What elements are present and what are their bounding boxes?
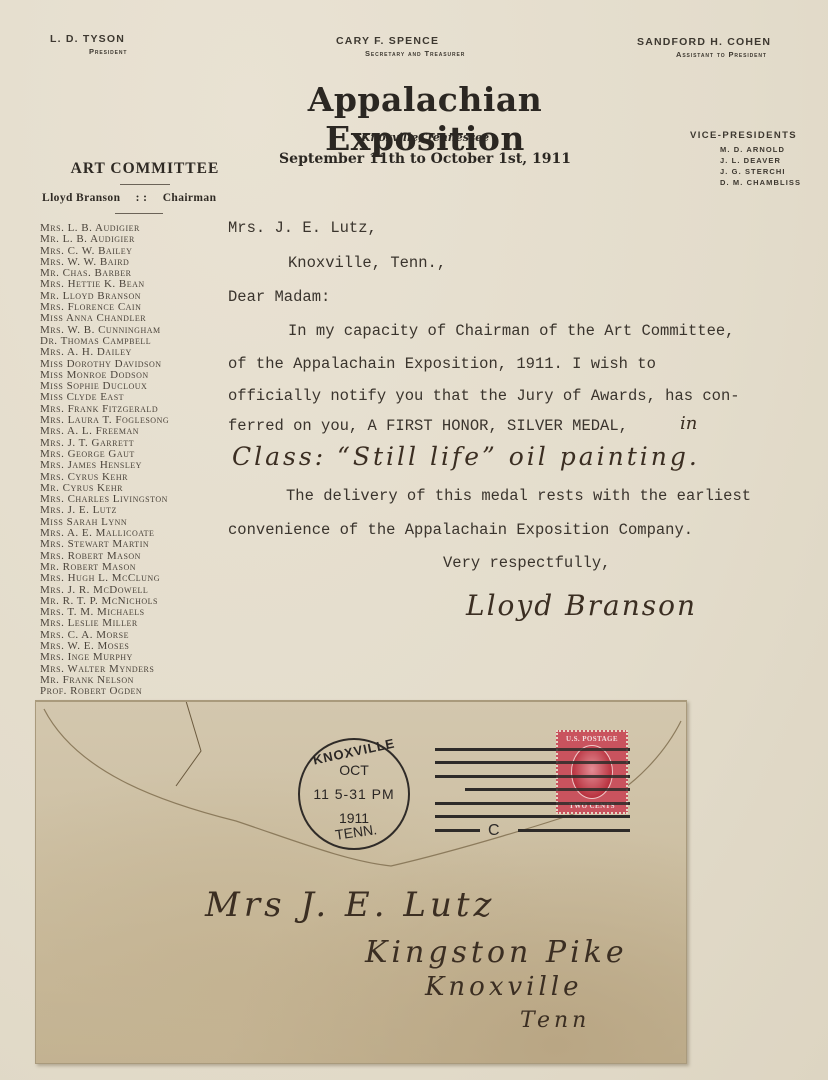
vice-presidents: VICE-PRESIDENTS M. D. ARNOLD J. L. DEAVE… [690, 130, 801, 188]
cancel-line [556, 761, 630, 764]
vice-president: J. L. DEAVER [720, 155, 801, 166]
committee-member: Mrs. Hugh L. McClung [40, 573, 169, 584]
officer-name: CARY F. SPENCE [336, 35, 518, 47]
committee-member: Miss Anna Chandler [40, 313, 169, 324]
cancel-line [435, 815, 630, 818]
letter-closing: Very respectfully, [443, 554, 610, 572]
cancel-line [518, 829, 630, 832]
chairman-title: Chairman [163, 192, 217, 204]
officer-secretary: CARY F. SPENCE Secretary and Treasurer [318, 35, 518, 58]
chairman-name: Lloyd Branson [42, 192, 120, 204]
postmark-time: 11 5-31 PM [300, 786, 408, 802]
exposition-title: Appalachian Exposition [230, 80, 620, 158]
art-committee-heading: ART COMMITTEE [60, 160, 230, 178]
committee-member: Mrs. Inge Murphy [40, 652, 169, 663]
cancel-line [556, 775, 630, 778]
vice-president: J. G. STERCHI [720, 166, 801, 177]
cancel-line [556, 788, 630, 791]
letter-line: convenience of the Appalachain Expositio… [228, 521, 693, 539]
officer-role: Secretary and Treasurer [365, 49, 518, 58]
vice-president: D. M. CHAMBLISS [720, 177, 801, 188]
chairman-separator: : : [136, 192, 148, 204]
postmark-month: OCT [300, 762, 408, 778]
vice-president: M. D. ARNOLD [720, 144, 801, 155]
envelope-address-street: Kingston Pike [365, 935, 628, 970]
cancel-letter: C [488, 822, 500, 840]
officer-name: L. D. TYSON [50, 33, 174, 45]
letter-line: officially notify you that the Jury of A… [228, 387, 740, 405]
committee-member: Mrs. A. H. Dailey [40, 347, 169, 358]
committee-members-list: Mrs. L. B. Audigier Mr. L. B. Audigier M… [40, 223, 169, 697]
officer-role: Assistant to President [676, 50, 820, 59]
cancel-line [556, 748, 630, 751]
officer-president: L. D. TYSON President [44, 33, 174, 56]
cancel-line [556, 802, 630, 805]
officer-name: SANDFORD H. COHEN [637, 36, 820, 48]
committee-member: Mrs. James Hensley [40, 460, 169, 471]
committee-chairman: Lloyd Branson : : Chairman [42, 192, 216, 204]
letter-addressee: Mrs. J. E. Lutz, [228, 219, 377, 237]
handwritten-class-line: Class: “Still life” oil painting. [232, 442, 700, 471]
committee-member: Mr. L. B. Audigier [40, 234, 169, 245]
letter-city: Knoxville, Tenn., [288, 254, 446, 272]
envelope-address-state: Tenn [520, 1008, 590, 1033]
officer-role: President [89, 47, 174, 56]
letter-line: In my capacity of Chairman of the Art Co… [288, 322, 734, 340]
exposition-dates: September 11th to October 1st, 1911 [230, 151, 620, 167]
letter-salutation: Dear Madam: [228, 288, 330, 306]
committee-member: Mrs. A. L. Freeman [40, 426, 169, 437]
divider [115, 213, 163, 214]
vice-presidents-heading: VICE-PRESIDENTS [690, 130, 801, 141]
signature: Lloyd Branson [466, 589, 697, 622]
stamp-top-text: U.S. POSTAGE [558, 735, 626, 743]
committee-member: Mrs. Leslie Miller [40, 618, 169, 629]
letter-line: of the Appalachain Exposition, 1911. I w… [228, 355, 656, 373]
postmark: KNOXVILLE OCT 11 5-31 PM 1911 TENN. [298, 738, 410, 850]
letter-line: ferred on you, A FIRST HONOR, SILVER MED… [228, 417, 628, 435]
officer-assistant: SANDFORD H. COHEN Assistant to President [630, 36, 820, 59]
envelope-address-name: Mrs J. E. Lutz [205, 885, 495, 925]
cancel-line [435, 829, 480, 832]
committee-member: Mrs. Stewart Martin [40, 539, 169, 550]
committee-member: Prof. Robert Ogden [40, 686, 169, 697]
envelope-address-city: Knoxville [425, 972, 583, 1002]
divider [120, 184, 170, 185]
letter-line: The delivery of this medal rests with th… [286, 487, 751, 505]
exposition-location: Knoxville, Tennessee [230, 131, 620, 144]
handwritten-insert: in [680, 413, 697, 434]
